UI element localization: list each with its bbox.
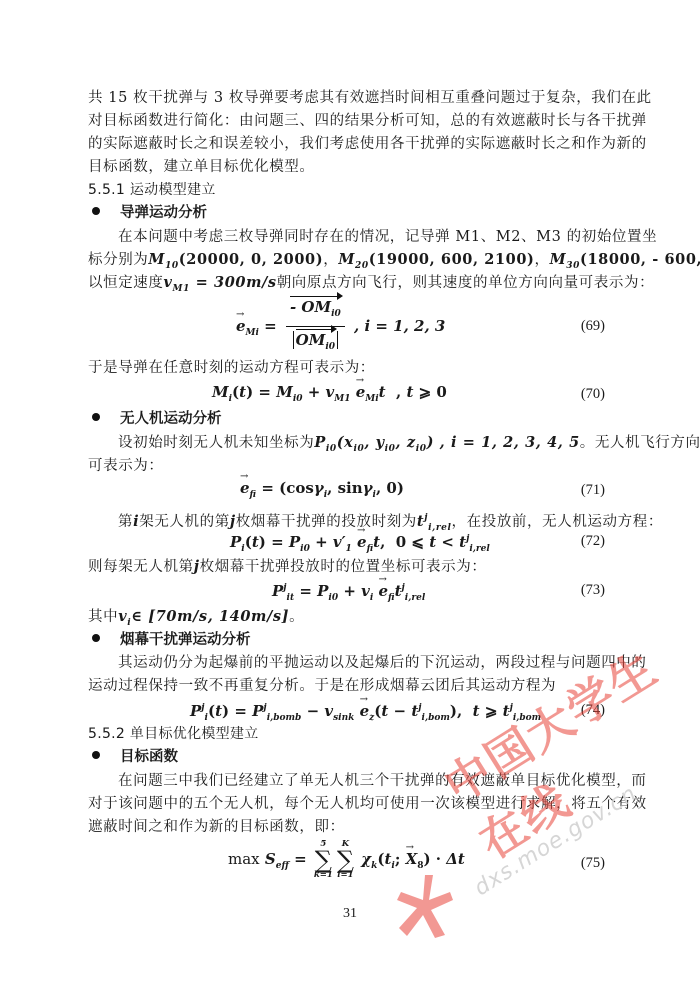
equation-number-74: (74) [581,699,605,721]
sum-k: 5∑k=1 [314,840,333,880]
bullet-smoke-motion: 烟幕干扰弹运动分析 [92,630,251,650]
den-text: OM [296,331,326,349]
bullet-label: 烟幕干扰弹运动分析 [120,632,251,648]
sep: ， [535,252,550,268]
text: 标分别为 [88,252,148,268]
equation-69: eMi = - OMi0 OMi0 , i = 1, 2, 3 [236,296,445,358]
missile-line-1: 在本问题中考虑三枚导弹同时存在的情况，记导弹 M1、M2、M3 的初始位置坐 [118,227,657,247]
equation-number-70: (70) [581,383,605,405]
objective-line-3: 遮蔽时间之和作为新的目标函数，即： [88,817,345,837]
math-m10: M10 [148,251,178,268]
objective-line-1: 在问题三中我们已经建立了单无人机三个干扰弹的有效遮蔽单目标优化模型，而 [118,771,647,791]
math-m20: M20 [338,251,368,268]
equation-number-75: (75) [581,852,605,874]
equation-number-71: (71) [581,479,605,501]
section-heading-5-5-2: 5.5.2 单目标优化模型建立 [88,724,259,744]
uav-line-4: 则每架无人机第j枚烟幕干扰弹投放时的位置坐标可表示为： [88,557,486,577]
bullet-dot-icon [92,207,100,215]
text: 朝向原点方向飞行，则其速度的单位方向向量可表示为： [277,275,655,291]
intro-line-2: 对目标函数进行简化：由问题三、四的结果分析可知，总的有效遮蔽时长与各干扰弹 [88,111,647,131]
sub: i0 [331,309,341,319]
sum-lower: i=1 [337,871,354,880]
sub: i0 [325,342,335,352]
objective-line-2: 对于该问题中的五个无人机，每个无人机均可使用一次该模型进行求解，将五个有效 [88,794,647,814]
eq-tail: , i = 1, 2, 3 [354,317,445,335]
math-vi: vi [118,608,131,625]
fraction: - OMi0 OMi0 [286,296,345,358]
equation-70: Mi(t) = Mi0 + vM1 eMit , t ⩾ 0 [212,381,447,410]
math-velocity-value: = 300m/s [190,274,277,291]
intro-line-3: 的实际遮蔽时长之和误差较小，我们考虑使用各干扰弹的实际遮蔽时长之和作为新的 [88,134,647,154]
bullet-missile-motion: 导弹运动分析 [92,203,207,223]
text: 其中 [88,609,118,625]
intro-line-4: 目标函数，建立单目标优化模型。 [88,157,315,177]
denominator: OMi0 [286,327,345,358]
equation-71: efi = (cosγi, sinγi, 0) [240,477,404,506]
text: 枚烟幕干扰弹投放时的位置坐标可表示为： [200,559,487,575]
uav-line-5: 其中vi∈ [70m/s, 140m/s]。 [88,607,304,633]
num-text: - OM [290,298,331,316]
text: 。无人机飞行方向 [580,435,700,451]
equation-72: Pi(t) = Pi0 + v′1 efit, 0 ⩽ t < tji,rel [230,528,490,560]
math-m30-value: (18000, - 600, 1900) [580,251,700,268]
text: 架无人机的第 [139,514,230,530]
math-pi0: Pi0 [314,434,336,451]
sum-i: K∑i=1 [337,840,354,880]
numerator: - OMi0 [286,296,345,327]
math-range: ∈ [70m/s, 140m/s] [131,608,289,625]
watermark-logo-icon [395,870,455,940]
text: 第 [118,514,133,530]
equation-73: Pjit = Pi0 + vi efitji,rel [272,577,425,609]
uav-line-2: 可表示为： [88,456,164,476]
uav-line-1: 设初始时刻无人机未知坐标为Pi0(xi0, yi0, zi0) , i = 1,… [118,433,700,459]
bullet-dot-icon [92,413,100,421]
math-velocity: vM1 [164,274,190,291]
bullet-uav-motion: 无人机运动分析 [92,409,222,429]
missile-line-3: 以恒定速度vM1 = 300m/s朝向原点方向飞行，则其速度的单位方向向量可表示… [88,273,654,299]
text: 则每架无人机第 [88,559,194,575]
text: 设初始时刻无人机未知坐标为 [118,435,314,451]
bullet-label: 导弹运动分析 [120,205,207,221]
equation-75: max Seff = 5∑k=1K∑i=1 χk(ti; X8) · Δt [228,840,465,880]
page-number: 31 [0,906,700,922]
math-coords: (xi0, yi0, zi0) , i = 1, 2, 3, 4, 5 [337,434,580,451]
vector-om: - OMi0 [290,296,341,325]
smoke-line-1: 其运动仍分为起爆前的平抛运动以及起爆后的下沉运动，两段过程与问题四中的 [118,653,647,673]
sub: Mi [246,328,259,338]
bullet-label: 目标函数 [120,749,178,765]
equation-number-69: (69) [581,315,605,337]
intro-line-1: 共 15 枚干扰弹与 3 枚导弹要考虑其有效遮挡时间相互重叠问题过于复杂，我们在… [88,88,652,108]
smoke-line-2: 运动过程保持一致不再重复分析。于是在形成烟幕云团后其运动方程为 [88,676,556,696]
math-m20-value: (19000, 600, 2100) [369,251,535,268]
sep: ， [323,252,338,268]
missile-line-2: 标分别为M10(20000, 0, 2000)，M20(19000, 600, … [88,250,700,276]
math-m30: M30 [550,251,580,268]
bullet-dot-icon [92,751,100,759]
bullet-label: 无人机运动分析 [120,411,222,427]
math-m10-value: (20000, 0, 2000) [179,251,323,268]
sum-lower: k=1 [314,871,333,880]
max-operator: max [228,850,260,868]
bullet-objective-function: 目标函数 [92,747,178,767]
vector-om: OMi0 [296,329,335,358]
paper-page: 共 15 枚干扰弹与 3 枚导弹要考虑其有效遮挡时间相互重叠问题过于复杂，我们在… [0,0,700,989]
math-e-vector: e [236,315,246,337]
section-heading-5-5-1: 5.5.1 运动模型建立 [88,180,216,200]
text: 。 [289,609,304,625]
abs: OMi0 [293,331,338,349]
text: 以恒定速度 [88,275,164,291]
missile-line-4: 于是导弹在任意时刻的运动方程可表示为： [88,358,375,378]
equation-number-73: (73) [581,579,605,601]
equation-number-72: (72) [581,530,605,552]
bullet-dot-icon [92,634,100,642]
